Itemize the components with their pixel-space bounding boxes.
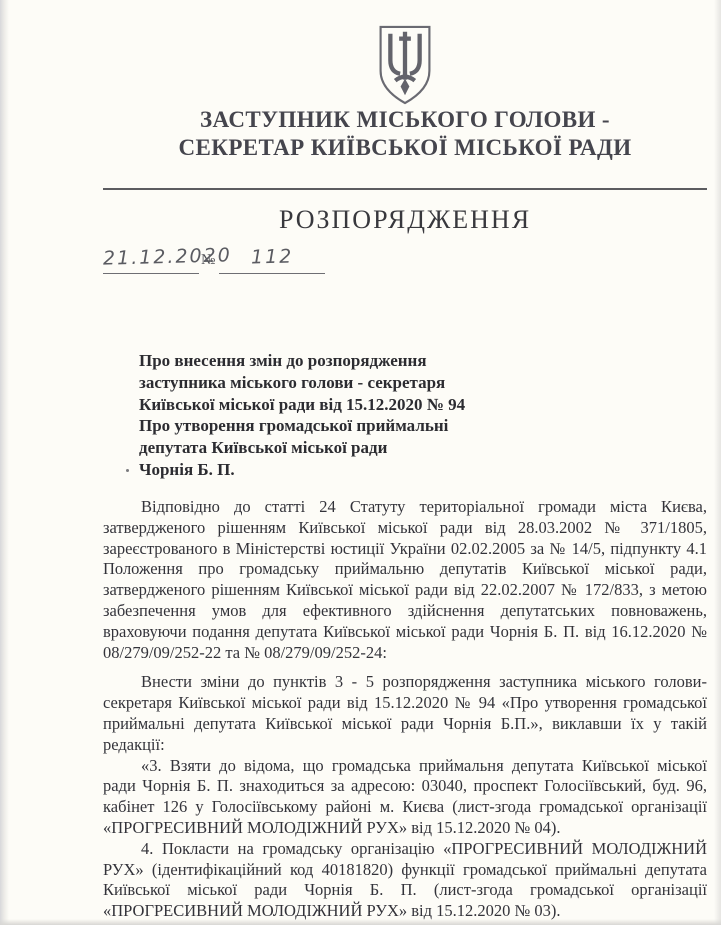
- document-body: Відповідно до статті 24 Статуту територі…: [103, 497, 707, 922]
- header-divider-rule: [103, 188, 707, 190]
- authority-name-line-1: ЗАСТУПНИК МІСЬКОГО ГОЛОВИ -: [103, 106, 707, 134]
- subject-line: Про внесення змін до розпорядження: [139, 350, 579, 372]
- document-type-title: РОЗПОРЯДЖЕННЯ: [103, 205, 707, 235]
- date-and-number-row: 21.12.2020№112: [103, 246, 325, 274]
- body-paragraph-item-4: 4. Покласти на громадську організацію «П…: [103, 839, 707, 922]
- emblem-container: [103, 24, 707, 111]
- subject-line: Київської міської ради від 15.12.2020 № …: [139, 394, 579, 416]
- subject-line: Про утворення громадської приймальні: [139, 415, 579, 437]
- issuing-authority-name: ЗАСТУПНИК МІСЬКОГО ГОЛОВИ - СЕКРЕТАР КИЇ…: [103, 106, 707, 162]
- handwritten-number: 112: [251, 245, 294, 268]
- authority-name-line-2: СЕКРЕТАР КИЇВСЬКОЇ МІСЬКОЇ РАДИ: [103, 134, 707, 162]
- subject-line: заступника міського голови - секретаря: [139, 372, 579, 394]
- handwritten-date: 21.12.2020: [103, 244, 232, 269]
- scan-edge-left: [0, 0, 9, 925]
- scanned-document-page: ЗАСТУПНИК МІСЬКОГО ГОЛОВИ - СЕКРЕТАР КИЇ…: [0, 0, 721, 925]
- subject-line: депутата Київської міської ради: [139, 437, 579, 459]
- body-paragraph-amendment: Внести зміни до пунктів 3 - 5 розпорядже…: [103, 672, 707, 755]
- number-field: 112: [219, 246, 325, 274]
- subject-line: Чорнія Б. П.: [139, 459, 579, 481]
- document-subject-block: Про внесення змін до розпорядження засту…: [139, 350, 579, 481]
- date-field: 21.12.2020: [103, 246, 199, 274]
- scan-edge-right: [714, 0, 721, 925]
- document-content: ЗАСТУПНИК МІСЬКОГО ГОЛОВИ - СЕКРЕТАР КИЇ…: [103, 0, 707, 925]
- body-paragraph-preamble: Відповідно до статті 24 Статуту територі…: [103, 497, 707, 663]
- body-paragraph-item-3: «3. Взяти до відома, що громадська прийм…: [103, 756, 707, 839]
- ukraine-trident-emblem-icon: [375, 24, 435, 106]
